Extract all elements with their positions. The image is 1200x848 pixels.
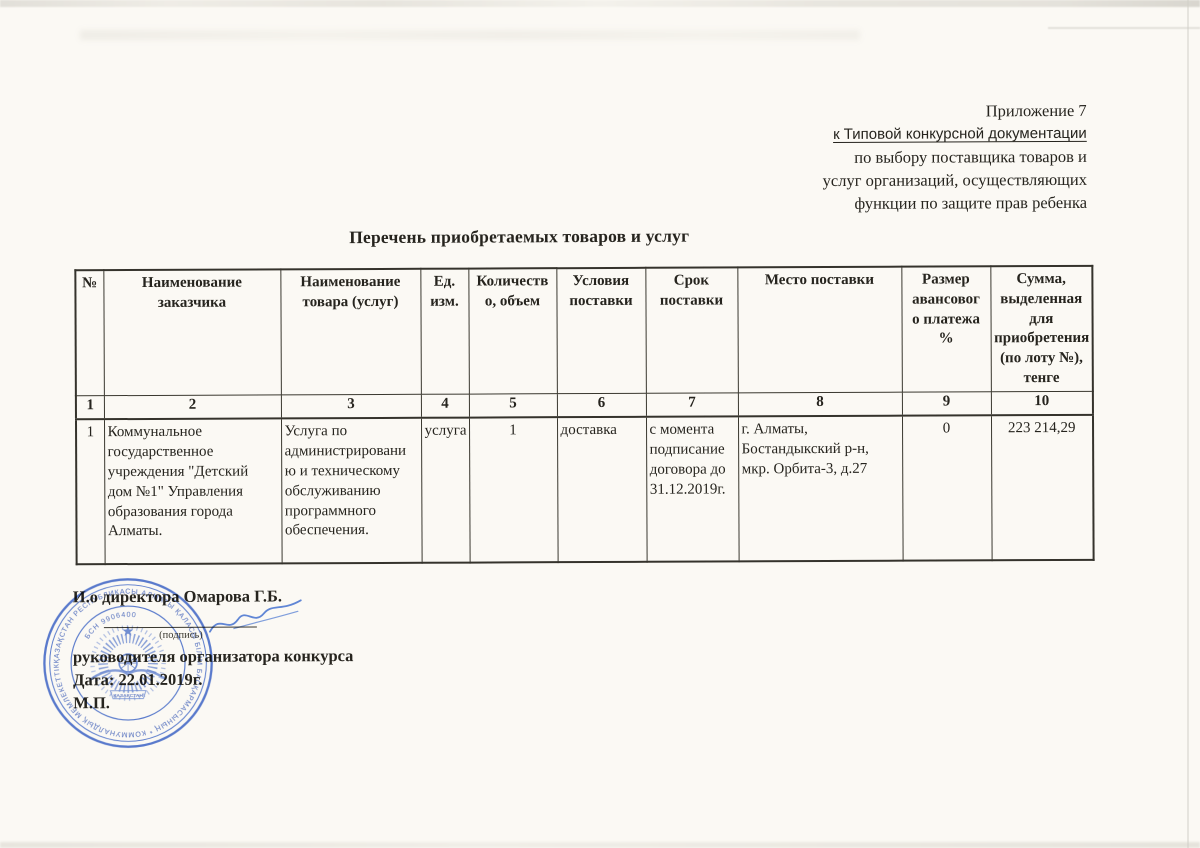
data-cell-customer: Коммунальное государственное учреждения … [104,418,282,564]
data-cell-goods: Услуга по администрировани ю и техническ… [281,418,422,564]
col-number-cell: 2 [104,395,281,419]
procurement-table: № Наименование заказчика Наименование то… [74,265,1094,565]
header-cell-customer: Наименование заказчика [103,269,281,395]
col-number-cell: 8 [738,392,902,416]
stamp-center-label: ҚАЗАҚСТАН [113,693,143,699]
col-number-cell: 1 [76,395,104,419]
header-cell-advance: Размер авансовог о платежа % [901,266,991,392]
col-number-cell: 3 [281,394,421,418]
scan-edge-corner [1048,27,1200,29]
data-cell-unit: услуга [421,417,470,562]
col-number-cell: 7 [646,393,738,417]
appendix-line-2: к Типовой конкурсной документации [699,122,1087,147]
appendix-header: Приложение 7 к Типовой конкурсной докуме… [699,99,1087,216]
data-cell-quantity: 1 [469,417,558,562]
emblem-banner [110,691,146,699]
appendix-line-1: Приложение 7 [699,99,1087,124]
data-cell-sum: 223 214,29 [991,415,1094,560]
page-title: Перечень приобретаемых товаров и услуг [74,224,964,249]
header-cell-unit: Ед. изм. [420,269,469,394]
data-cell-no: 1 [76,419,105,564]
appendix-line-3: по выбору поставщика товаров и [699,145,1087,170]
data-cell-terms: доставка [557,417,647,562]
header-cell-sum: Сумма, выделенная для приобретения (по л… [990,266,1093,392]
scanned-document-page: Приложение 7 к Типовой конкурсной докуме… [0,0,1200,848]
col-number-cell: 9 [902,392,991,416]
header-cell-goods: Наименование товара (услуг) [280,269,421,395]
data-cell-period: с момента подписание договора до 31.12.2… [646,416,739,561]
document-content: Приложение 7 к Типовой конкурсной докуме… [0,0,1200,848]
col-number-cell: 10 [991,391,1093,415]
appendix-line-5: функции по защите прав ребенка [699,191,1087,216]
col-number-cell: 4 [421,394,469,418]
scan-edge-right [1187,0,1189,848]
data-cell-advance: 0 [902,415,992,560]
appendix-line-4: услуг организаций, осуществляющих [699,168,1087,193]
scan-edge-bottom [0,842,1200,848]
signature-caption: (подпись) [105,629,257,641]
header-cell-terms: Условия поставки [556,268,646,394]
header-cell-no: № [75,270,104,395]
signature-line [104,626,257,628]
table-header-row: № Наименование заказчика Наименование то… [75,266,1093,396]
header-cell-period: Срок поставки [645,267,738,393]
col-number-cell: 6 [557,393,646,417]
seal-placeholder-label: М.П. [73,693,110,713]
signature-date: Дата: 22.01.2019г. [73,670,202,691]
signatory-role: руководителя организатора конкурса [73,646,353,667]
table-data-row: 1 Коммунальное государственное учреждени… [76,415,1094,564]
signatory-name: И.о директора Омарова Г.Б. [73,586,282,607]
data-cell-place: г. Алматы, Бостандыкский р-н, мкр. Орбит… [738,415,903,561]
header-cell-place: Место поставки [737,267,902,393]
header-cell-quantity: Количеств о, объем [468,268,557,394]
col-number-cell: 5 [469,393,557,417]
